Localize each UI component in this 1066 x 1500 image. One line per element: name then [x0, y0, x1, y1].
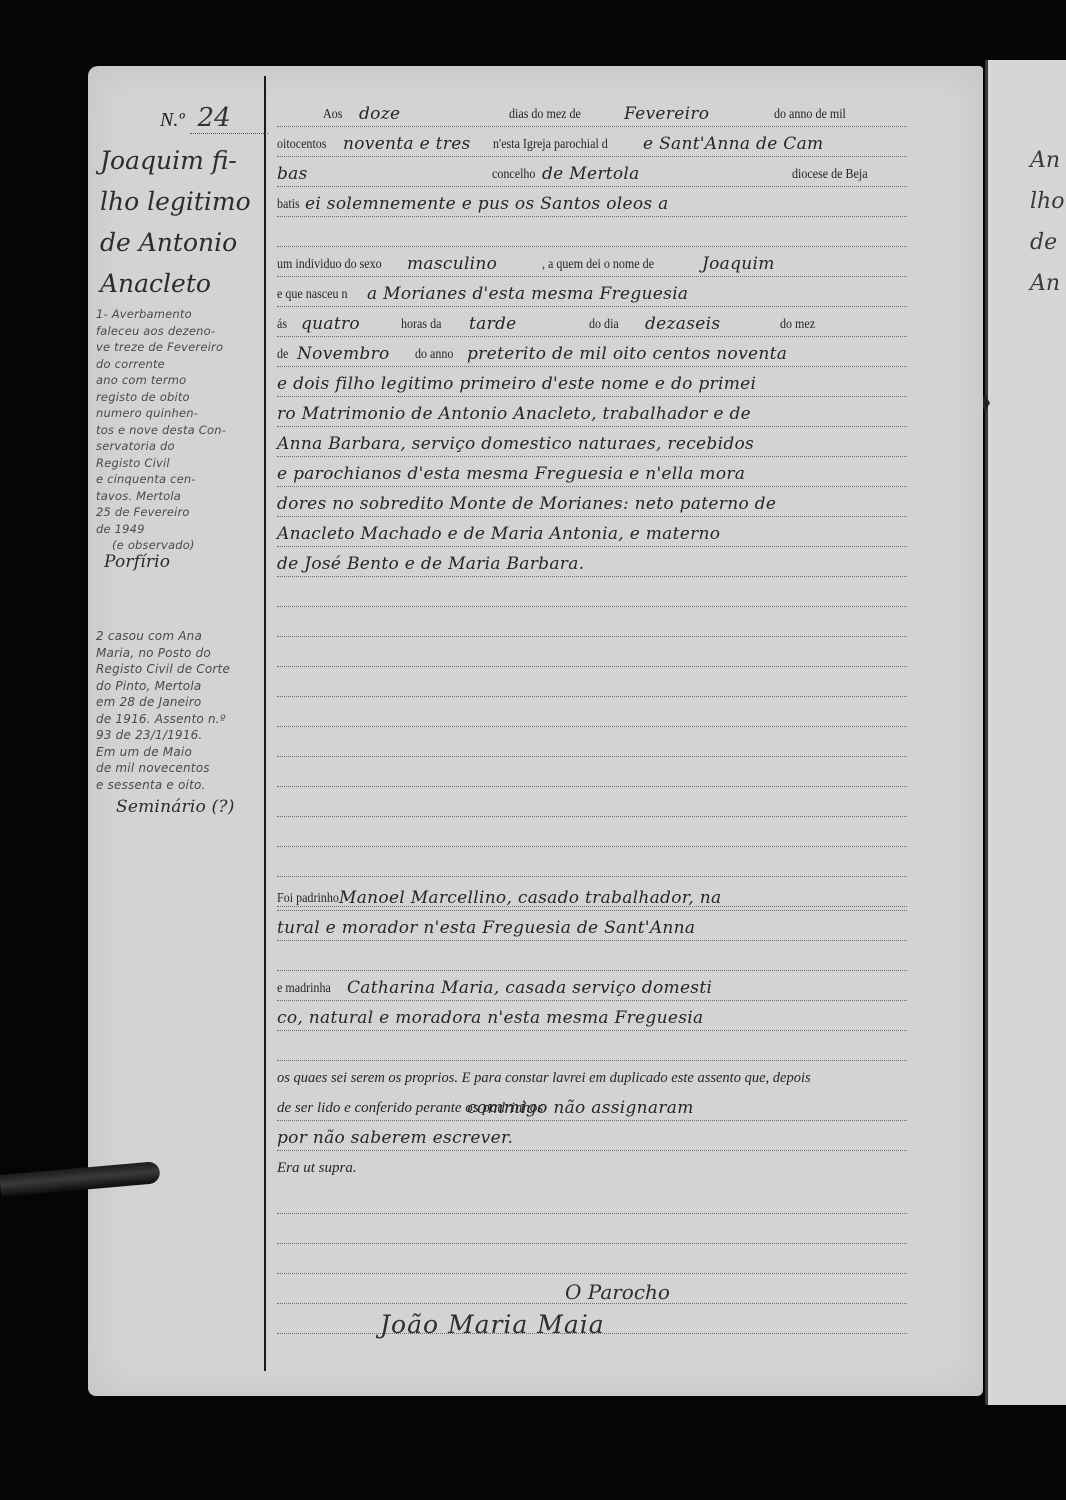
annotation-signature: Porfírio: [96, 554, 268, 571]
margin-name: Joaquim fi- lho legitimo de Antonio Anac…: [100, 140, 260, 304]
printed-text: n'esta Igreja parochial d: [493, 137, 622, 156]
printed-text: batis: [277, 197, 301, 216]
annotation-line: tos e nove desta Con-: [96, 422, 268, 439]
blank-line: [277, 1183, 907, 1214]
adjacent-page-margin-text: An lho de An: [1030, 140, 1064, 304]
handwritten-sex: masculino: [407, 254, 542, 276]
annotation-line: em 28 de Janeiro: [96, 694, 268, 711]
form-line-council: bas concelho de Mertola diocese de Beja: [277, 156, 907, 187]
printed-closing: de ser lido e conferido perante os padri…: [277, 1100, 467, 1120]
printed-text: de: [277, 347, 294, 366]
handwritten-birthplace: a Morianes d'esta mesma Freguesia: [367, 284, 688, 306]
handwritten-text: de José Bento e de Maria Barbara.: [277, 554, 584, 576]
handwritten-closing: por não saberem escrever.: [277, 1128, 513, 1150]
handwritten-parish-cont: bas: [277, 164, 492, 186]
printed-text: do anno de mil: [774, 107, 846, 126]
handwritten-given-name: Joaquim: [702, 254, 775, 276]
form-line-baptism: batis ei solemnemente e pus os Santos ol…: [277, 186, 907, 217]
annotation-line: servatoria do: [96, 438, 268, 455]
annotation-line: Registo Civil de Corte: [96, 661, 268, 678]
form-body-line: e dois filho legitimo primeiro d'este no…: [277, 366, 907, 397]
printed-text: Foi padrinho: [277, 891, 330, 910]
annotation-line: Registo Civil: [96, 455, 268, 472]
blank-line: [277, 606, 907, 637]
printed-text: do dia: [589, 317, 637, 336]
printed-text: ás: [277, 317, 298, 336]
blank-line: [277, 1213, 907, 1244]
form-closing-line: de ser lido e conferido perante os padri…: [277, 1090, 907, 1121]
adjacent-line: An: [1030, 263, 1064, 304]
annotation-line: registo de obito: [96, 389, 268, 406]
handwritten-baptism: ei solemnemente e pus os Santos oleos a: [305, 194, 669, 216]
form-body-line: Anacleto Machado e de Maria Antonia, e m…: [277, 516, 907, 547]
form-closing-line: por não saberem escrever.: [277, 1120, 907, 1151]
form-line-birth-month-year: de Novembro do anno preterito de mil oit…: [277, 336, 907, 367]
annotation-line: Averbamento: [112, 307, 192, 321]
annotation-line: e sessenta e oito.: [96, 777, 268, 794]
handwritten-text: ro Matrimonio de Antonio Anacleto, traba…: [277, 404, 751, 426]
handwritten-birth-year: preterito de mil oito centos noventa: [467, 344, 787, 366]
blank-line: [277, 786, 907, 817]
handwritten-birth-day: dezaseis: [645, 314, 780, 336]
annotation-line: do Pinto, Mertola: [96, 678, 268, 695]
annotation-line: ano com termo: [96, 372, 268, 389]
handwritten-day: doze: [359, 104, 509, 126]
form-line-date: Aos doze dias do mez de Fevereiro do ann…: [277, 96, 907, 127]
annotation-line: 2 casou com Ana: [96, 628, 268, 645]
blank-line: [277, 576, 907, 607]
annotation-line: e cinquenta cen-: [96, 471, 268, 488]
handwritten-birth-month: Novembro: [297, 344, 415, 366]
annotation-line: de 1949: [96, 521, 268, 538]
record-number-value: 24: [190, 103, 268, 134]
adjacent-line: de: [1030, 222, 1064, 263]
handwritten-text: e parochianos d'esta mesma Freguesia e n…: [277, 464, 745, 486]
handwritten-godfather: Manoel Marcellino, casado trabalhador, n…: [339, 888, 721, 910]
form-line-blank: [277, 216, 907, 247]
annotation-index: 1-: [96, 307, 108, 321]
margin-annotation-death: 1- Averbamento faleceu aos dezeno- ve tr…: [96, 306, 268, 570]
annotation-line: tavos. Mertola: [96, 488, 268, 505]
blank-line: [277, 846, 907, 877]
printed-text: do mez: [780, 317, 815, 336]
printed-era: Era ut supra.: [277, 1160, 357, 1180]
annotation-line: Em um de Maio: [96, 744, 268, 761]
handwritten-text: Anna Barbara, serviço domestico naturaes…: [277, 434, 754, 456]
handwritten-month: Fevereiro: [624, 104, 774, 126]
form-body-line: e parochianos d'esta mesma Freguesia e n…: [277, 456, 907, 487]
printed-text: diocese de Beja: [792, 167, 868, 186]
form-body-line: Anna Barbara, serviço domestico naturaes…: [277, 426, 907, 457]
blank-line: [277, 1030, 907, 1061]
signature-title: O Parocho: [565, 1280, 670, 1304]
handwritten-closing: commigo não assignaram: [467, 1098, 694, 1120]
handwritten-godmother: Catharina Maria, casada serviço domesti: [347, 978, 712, 1000]
adjacent-line: An: [1030, 140, 1064, 181]
printed-text: oitocentos: [277, 137, 334, 156]
form-body-line: de José Bento e de Maria Barbara.: [277, 546, 907, 577]
margin-name-line: Anacleto: [100, 263, 260, 304]
printed-text: e madrinha: [277, 981, 337, 1000]
annotation-line: de mil novecentos: [96, 760, 268, 777]
handwritten-text: e dois filho legitimo primeiro d'este no…: [277, 374, 756, 396]
printed-text: , a quem dei o nome de: [542, 257, 680, 276]
form-line-sex-name: um individuo do sexo masculino , a quem …: [277, 246, 907, 277]
form-line-godmother-cont: co, natural e moradora n'esta mesma Freg…: [277, 1000, 907, 1031]
handwritten-council: de Mertola: [542, 164, 792, 186]
printed-text: concelho: [492, 167, 535, 186]
record-number-label: N.º: [160, 109, 185, 131]
handwritten-year: noventa e tres: [343, 134, 493, 156]
printed-text: do anno: [415, 347, 460, 366]
blank-line: [277, 726, 907, 757]
form-body-line: ro Matrimonio de Antonio Anacleto, traba…: [277, 396, 907, 427]
printed-closing: os quaes sei serem os proprios. E para c…: [277, 1070, 811, 1090]
margin-name-line: lho legitimo: [100, 181, 260, 222]
handwritten-godfather: tural e morador n'esta Freguesia de Sant…: [277, 918, 695, 940]
annotation-line: numero quinhen-: [96, 405, 268, 422]
printed-text: e que nasceu n: [277, 287, 354, 306]
form-line-birth-time: ás quatro horas da tarde do dia dezaseis…: [277, 306, 907, 337]
annotation-line: Maria, no Posto do: [96, 645, 268, 662]
form-era-line: Era ut supra.: [277, 1150, 907, 1180]
adjacent-line: lho: [1030, 181, 1064, 222]
blank-line: [277, 1243, 907, 1274]
blank-line: [277, 666, 907, 697]
handwritten-parish: e Sant'Anna de Cam: [643, 134, 823, 156]
handwritten-godmother: co, natural e moradora n'esta mesma Freg…: [277, 1008, 703, 1030]
blank-line: [277, 816, 907, 847]
priest-signature: João Maria Maia: [380, 1310, 605, 1339]
annotation-line: ve treze de Fevereiro: [96, 339, 268, 356]
handwritten-text: dores no sobredito Monte de Morianes: ne…: [277, 494, 776, 516]
blank-line: [277, 940, 907, 971]
handwritten-hour: quatro: [301, 314, 401, 336]
form-line-birthplace: e que nasceu n a Morianes d'esta mesma F…: [277, 276, 907, 307]
form-closing-line: os quaes sei serem os proprios. E para c…: [277, 1060, 907, 1090]
handwritten-period: tarde: [469, 314, 589, 336]
annotation-line: faleceu aos dezeno-: [96, 323, 268, 340]
printed-text: Aos: [323, 107, 354, 126]
printed-text: dias do mez de: [509, 107, 608, 126]
form-line-year-church: oitocentos noventa e tres n'esta Igreja …: [277, 126, 907, 157]
printed-text: um individuo do sexo: [277, 257, 389, 276]
form-line-godfather-cont: tural e morador n'esta Freguesia de Sant…: [277, 910, 907, 941]
printed-text: horas da: [401, 317, 459, 336]
margin-annotation-marriage: 2 casou com Ana Maria, no Posto do Regis…: [96, 628, 268, 816]
annotation-line: do corrente: [96, 356, 268, 373]
form-line-godmother: e madrinha Catharina Maria, casada servi…: [277, 970, 907, 1001]
form-line-godfather: Foi padrinho Manoel Marcellino, casado t…: [277, 880, 907, 911]
blank-line: [277, 756, 907, 787]
margin-name-line: de Antonio: [100, 222, 260, 263]
blank-line: [277, 636, 907, 667]
annotation-signature: Seminário (?): [96, 799, 268, 816]
record-number: N.º 24: [160, 103, 268, 134]
annotation-line: de 1916. Assento n.º: [96, 711, 268, 728]
annotation-line: 93 de 23/1/1916.: [96, 727, 268, 744]
handwritten-text: Anacleto Machado e de Maria Antonia, e m…: [277, 524, 720, 546]
margin-name-line: Joaquim fi-: [100, 140, 260, 181]
blank-line: [277, 696, 907, 727]
annotation-line: 25 de Fevereiro: [96, 504, 268, 521]
form-body-line: dores no sobredito Monte de Morianes: ne…: [277, 486, 907, 517]
